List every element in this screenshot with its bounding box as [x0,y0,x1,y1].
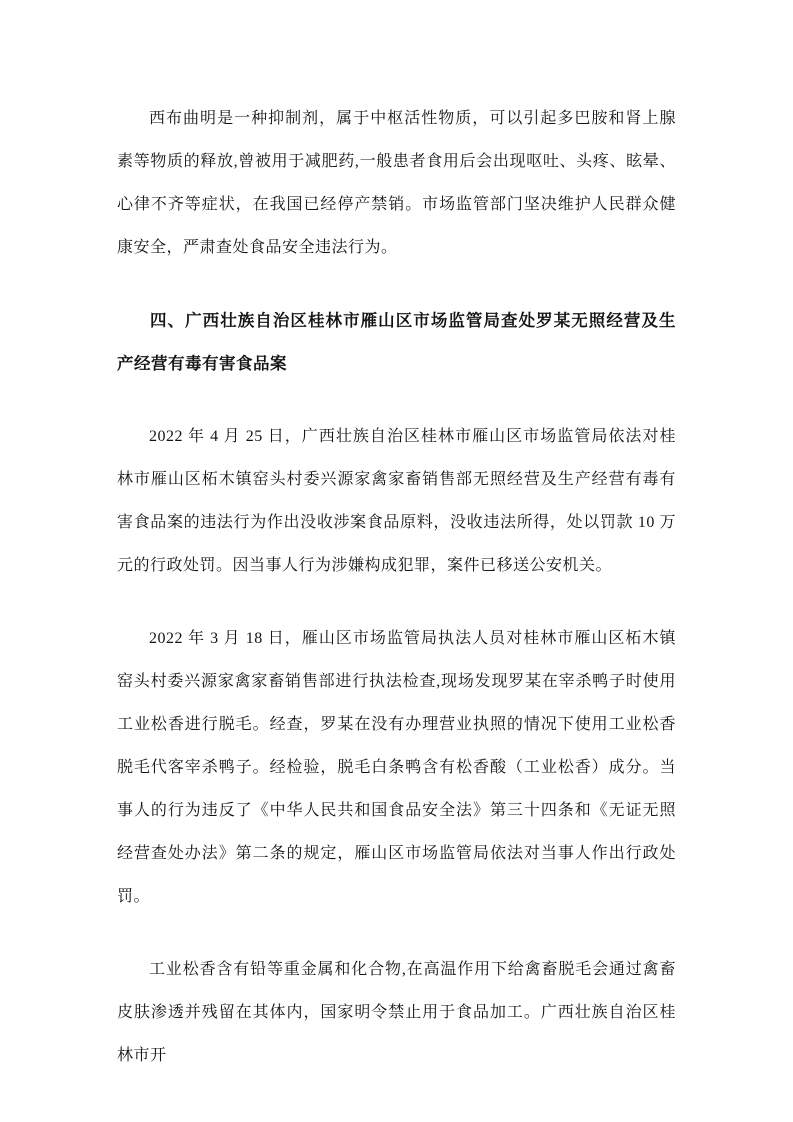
body-paragraph-sibutramine: 西布曲明是一种抑制剂，属于中枢活性物质，可以引起多巴胺和肾上腺素等物质的释放,曾… [117,97,676,269]
body-paragraph-penalty-decision: 2022 年 4 月 25 日，广西壮族自治区桂林市雁山区市场监管局依法对桂林市… [117,415,676,587]
body-paragraph-inspection-details: 2022 年 3 月 18 日，雁山区市场监管局执法人员对桂林市雁山区柘木镇窑头… [117,617,676,918]
section-heading-case-four: 四、广西壮族自治区桂林市雁山区市场监管局查处罗某无照经营及生产经营有毒有害食品案 [117,299,676,385]
document-page: 西布曲明是一种抑制剂，属于中枢活性物质，可以引起多巴胺和肾上腺素等物质的释放,曾… [0,0,793,1122]
body-paragraph-rosin-hazard: 工业松香含有铅等重金属和化合物,在高温作用下给禽畜脱毛会通过禽畜皮肤渗透并残留在… [117,948,676,1077]
